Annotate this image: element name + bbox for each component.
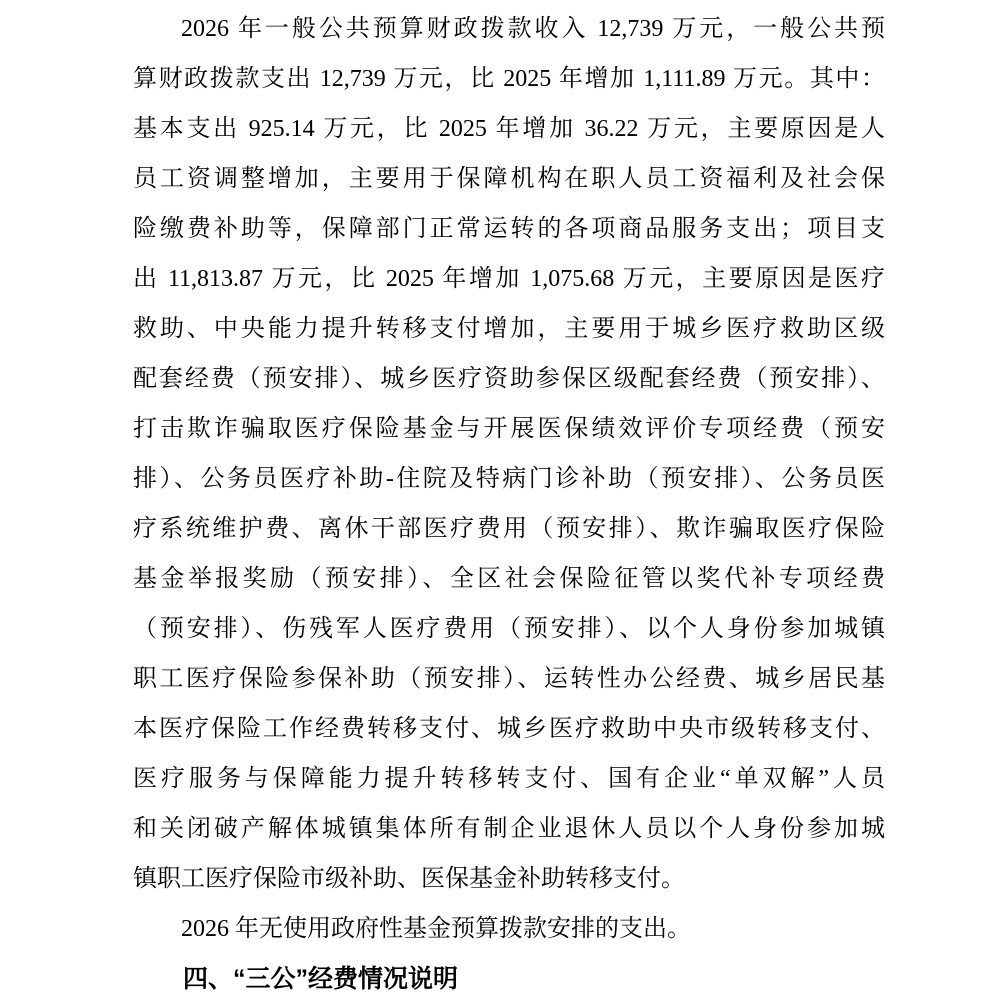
section-heading: 四、“三公”经费情况说明	[133, 954, 885, 1002]
budget-document-body: 2026 年一般公共预算财政拨款收入 12,739 万元，一般公共预 算财政拨款…	[133, 4, 885, 1002]
para1-line-01: 2026 年一般公共预算财政拨款收入 12,739 万元，一般公共预	[133, 4, 885, 54]
para1-line-03: 基本支出 925.14 万元，比 2025 年增加 36.22 万元，主要原因是…	[133, 104, 885, 154]
para1-line-05: 险缴费补助等，保障部门正常运转的各项商品服务支出；项目支	[133, 204, 885, 254]
para1-line-12: 基金举报奖励（预安排）、全区社会保险征管以奖代补专项经费	[133, 554, 885, 604]
para1-line-18: 镇职工医疗保险市级补助、医保基金补助转移支付。	[133, 854, 885, 904]
para1-line-15: 本医疗保险工作经费转移支付、城乡医疗救助中央市级转移支付、	[133, 704, 885, 754]
para1-line-10: 排）、公务员医疗补助-住院及特病门诊补助（预安排）、公务员医	[133, 454, 885, 504]
para1-line-04: 员工资调整增加，主要用于保障机构在职人员工资福利及社会保	[133, 154, 885, 204]
para1-line-09: 打击欺诈骗取医疗保险基金与开展医保绩效评价专项经费（预安	[133, 404, 885, 454]
para1-line-06: 出 11,813.87 万元，比 2025 年增加 1,075.68 万元，主要…	[133, 254, 885, 304]
para1-line-02: 算财政拨款支出 12,739 万元，比 2025 年增加 1,111.89 万元…	[133, 54, 885, 104]
para1-line-11: 疗系统维护费、离休干部医疗费用（预安排）、欺诈骗取医疗保险	[133, 504, 885, 554]
para1-line-14: 职工医疗保险参保补助（预安排）、运转性办公经费、城乡居民基	[133, 654, 885, 704]
para1-line-13: （预安排）、伤残军人医疗费用（预安排）、以个人身份参加城镇	[133, 604, 885, 654]
paragraph-2: 2026 年无使用政府性基金预算拨款安排的支出。	[133, 904, 885, 954]
para1-line-07: 救助、中央能力提升转移支付增加，主要用于城乡医疗救助区级	[133, 304, 885, 354]
para1-line-17: 和关闭破产解体城镇集体所有制企业退休人员以个人身份参加城	[133, 804, 885, 854]
para1-line-08: 配套经费（预安排）、城乡医疗资助参保区级配套经费（预安排）、	[133, 354, 885, 404]
para1-line-16: 医疗服务与保障能力提升转移转支付、国有企业“单双解”人员	[133, 754, 885, 804]
